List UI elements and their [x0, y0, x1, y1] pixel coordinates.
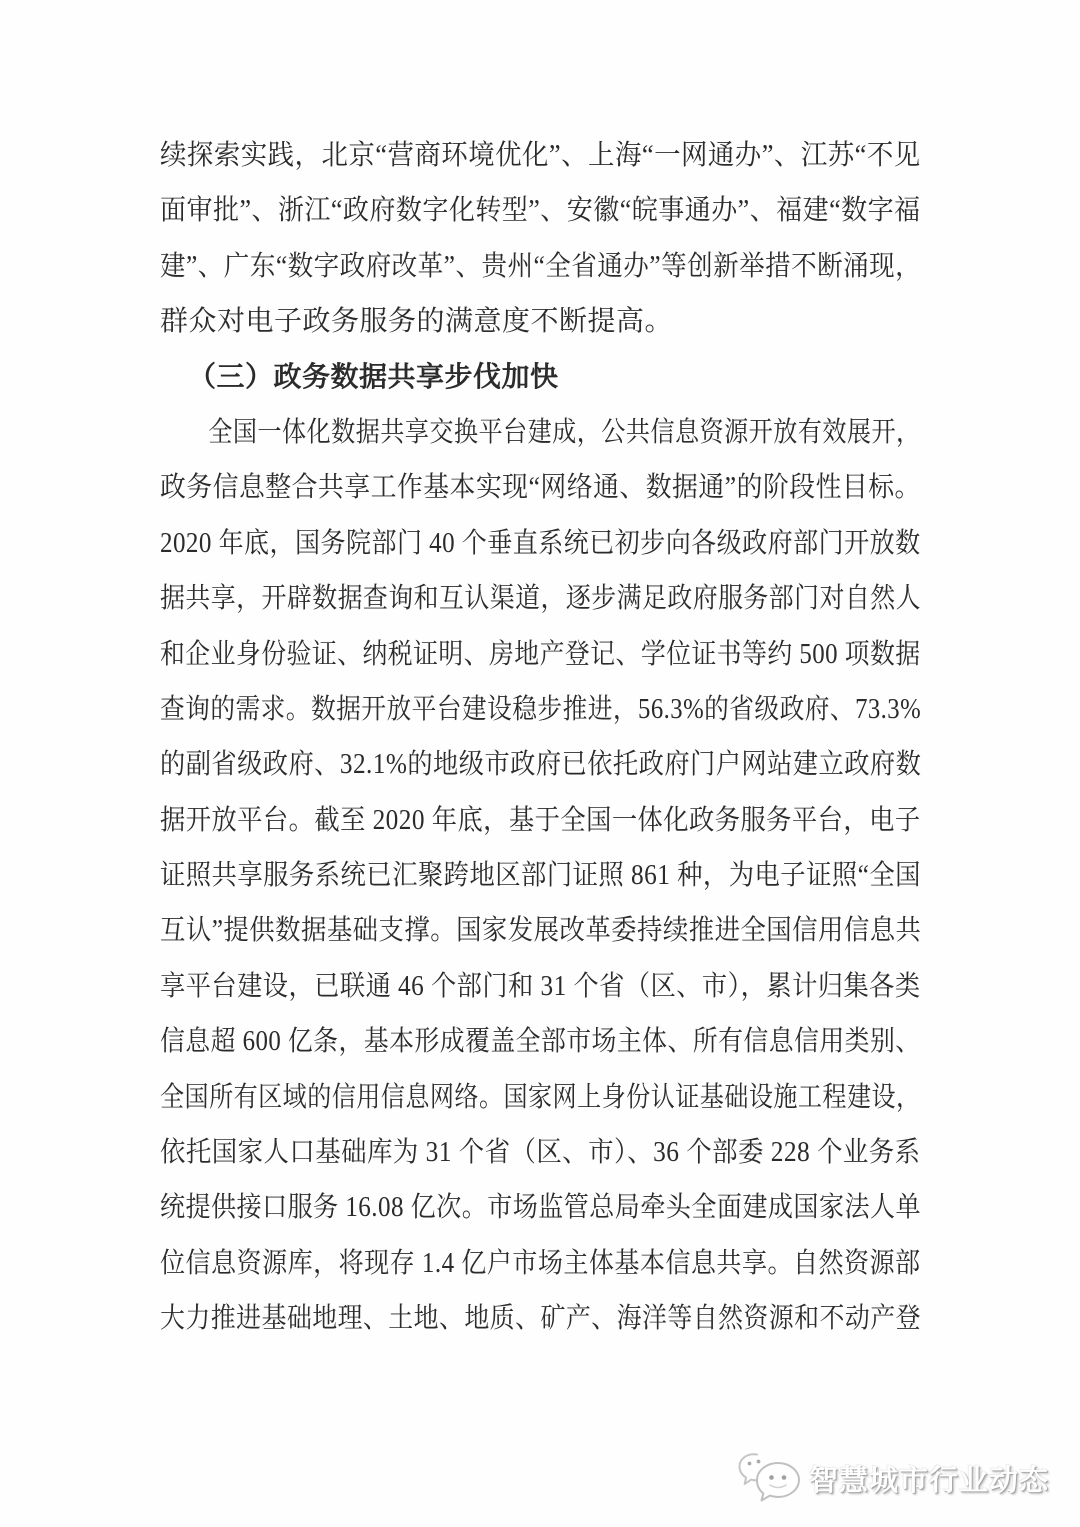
text-line: 位信息资源库，将现存 1.4 亿户市场主体基本信息共享。自然资源部 — [160, 1236, 841, 1291]
text-line: 信息超 600 亿条，基本形成覆盖全部市场主体、所有信息信用类别、 — [160, 1014, 836, 1069]
text-line: 群众对电子政务服务的满意度不断提高。 — [160, 294, 921, 349]
wechat-chat-bubbles-icon — [736, 1451, 802, 1505]
text-line: 享平台建设，已联通 46 个部门和 31 个省（区、市），累计归集各类 — [160, 959, 846, 1014]
text-line: 全国一体化数据共享交换平台建成，公共信息资源开放有效展开， — [160, 405, 816, 460]
text-line: 政务信息整合共享工作基本实现“网络通、数据通”的阶段性目标。 — [160, 460, 863, 515]
text-line: 查询的需求。数据开放平台建设稳步推进，56.3%的省级政府、73.3% — [160, 682, 832, 737]
text-line: 建”、广东“数字政府改革”、贵州“全省通办”等创新举措不断涌现， — [160, 239, 854, 294]
text-line: 和企业身份验证、纳税证明、房地产登记、学位证书等约 500 项数据 — [160, 627, 836, 682]
text-lines: 续探索实践，北京“营商环境优化”、上海“一网通办”、江苏“不见面审批”、浙江“政… — [160, 128, 921, 1347]
text-line: 的副省级政府、32.1%的地级市政府已依托政府门户网站建立政府数 — [160, 737, 846, 792]
text-line: 证照共享服务系统已汇聚跨地区部门证照 861 种，为电子证照“全国 — [160, 848, 849, 903]
watermark-label: 智慧城市行业动态 — [809, 1458, 1049, 1499]
text-line: 互认”提供数据基础支撑。国家发展改革委持续推进全国信用信息共 — [160, 903, 850, 958]
section-heading: （三）政务数据共享步伐加快 — [160, 350, 921, 405]
text-line: 2020 年底，国务院部门 40 个垂直系统已初步向各级政府部门开放数 — [160, 516, 841, 571]
text-line: 面审批”、浙江“政府数字化转型”、安徽“皖事通办”、福建“数字福 — [160, 183, 867, 238]
text-line: 据开放平台。截至 2020 年底，基于全国一体化政务服务平台，电子 — [160, 793, 847, 848]
text-line: 全国所有区域的信用信息网络。国家网上身份认证基础设施工程建设， — [160, 1070, 815, 1125]
text-line: 大力推进基础地理、土地、地质、矿产、海洋等自然资源和不动产登 — [160, 1291, 837, 1346]
watermark: 智慧城市行业动态 — [736, 1451, 1049, 1505]
text-line: 依托国家人口基础库为 31 个省（区、市）、36 个部委 228 个业务系 — [160, 1125, 851, 1180]
document-page: 续探索实践，北京“营商环境优化”、上海“一网通办”、江苏“不见面审批”、浙江“政… — [0, 0, 1080, 1527]
text-line: 据共享，开辟数据查询和互认渠道，逐步满足政府服务部门对自然人 — [160, 571, 837, 626]
text-line: 续探索实践，北京“营商环境优化”、上海“一网通办”、江苏“不见 — [160, 128, 879, 183]
text-line: 统提供接口服务 16.08 亿次。市场监管总局牵头全面建成国家法人单 — [160, 1180, 841, 1235]
